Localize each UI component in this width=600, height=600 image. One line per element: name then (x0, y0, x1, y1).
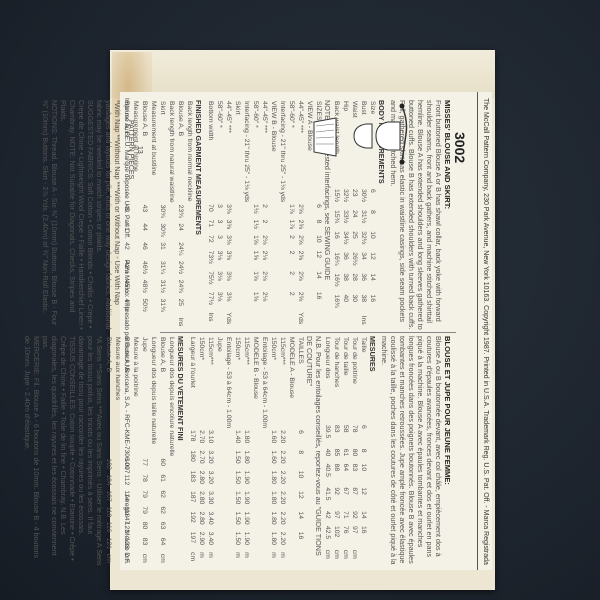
table-row: Blouse A, B23¾2424¼24½24¾25Ins (176, 100, 185, 330)
cell-value: 16½ (332, 272, 341, 293)
cell-value: 2.80 (197, 490, 206, 510)
unit: m (269, 551, 278, 566)
row-label: Taille (359, 336, 368, 424)
french-title: BLOUSE ET JUPE POUR JEUNE FEMME: (443, 336, 452, 566)
cell-value: 2⅝ (296, 219, 305, 234)
unit: cm (332, 549, 341, 566)
unit (359, 549, 368, 566)
row-label: 115cm*** (242, 336, 251, 429)
cell-value: 32½ (341, 188, 350, 209)
cell-value: 42 (323, 510, 332, 525)
table-row: Jupe777879798083cm (140, 336, 149, 566)
cell-value: 58 (341, 424, 350, 448)
unit: cm (104, 553, 113, 566)
cell-value: 10 (314, 234, 323, 249)
cell-value: 72 (206, 234, 215, 249)
envelope-back-label: The McCall Pattern Company, 230 Park Ave… (120, 92, 492, 570)
unit (158, 316, 167, 330)
row-label: 58"-60" * (287, 100, 296, 203)
table-row: Blouse A, B102104107110116121cm (104, 336, 113, 566)
unit (296, 551, 305, 566)
cell-value: 73½ (206, 250, 215, 271)
cell-value: 38 (341, 272, 350, 293)
cell-value: 10 (368, 230, 377, 251)
table-row: Tour de taille586164677176cm (341, 336, 350, 566)
cell-value: 2.20 (278, 449, 287, 469)
cell-value: 71 (341, 510, 350, 525)
cell-value: 6 (314, 203, 323, 218)
table-row: 150cm*1.401.501.501.501.501.50m (233, 336, 242, 566)
mercerie: MERCERIE: Fil. Blouse A - 6 boutons de 1… (23, 336, 41, 566)
row-label: Bottom width (206, 100, 215, 203)
cell-value: 1.80 (269, 531, 278, 551)
cell-value: 187 (188, 490, 197, 510)
cell-value: 1.50 (233, 449, 242, 469)
table-row: TAILLES6810121416 (296, 336, 305, 566)
cell-value: 3⅜ (224, 219, 233, 234)
cell-value: 62 (158, 489, 167, 505)
cell-value: 50½ (140, 298, 149, 317)
cell-value: 3.40 (206, 531, 215, 551)
cell-value: 1.80 (269, 510, 278, 530)
cell-value: 43 (140, 204, 149, 223)
row-label: Tour de hanches (332, 336, 341, 424)
unit (278, 203, 287, 218)
table-row: MODELE A - Blouse (287, 336, 296, 566)
notions: NOTIONS: Thread. Blouse A - Six ⅜" (10mm… (41, 100, 59, 330)
cell-value: 36 (341, 251, 350, 272)
cell-value: 61 (341, 448, 350, 463)
table-row: Longueur dos depuis taille naturelle (149, 336, 158, 566)
cell-value: 31½ (359, 209, 368, 230)
french-nap-note: *A Sens **Sans Sens ***Avec ou Sans Sens… (77, 336, 104, 566)
copyright-line: The McCall Pattern Company, 230 Park Ave… (481, 98, 490, 565)
cell-value: 62 (158, 505, 167, 520)
cell-value: 34½ (341, 230, 350, 251)
table-row: VIEW B - Blouse (269, 100, 278, 330)
cell-value: 38 (359, 293, 368, 314)
unit (251, 311, 260, 330)
cell-value: 2 (287, 250, 296, 271)
cell-value: 77 (140, 457, 149, 473)
cell-value: 40 (323, 448, 332, 463)
unit: cm (341, 549, 350, 566)
cell-value: 197 (188, 531, 197, 551)
unit: m (278, 551, 287, 566)
tissus-conseilles: TISSUS CONSEILLES: Coton souple • Cotonn… (41, 336, 77, 566)
row-label: Blouse A, B (158, 336, 167, 457)
cell-value: 28 (350, 272, 359, 293)
cell-value: 3.20 (206, 449, 215, 469)
row-label: VIEW B - Blouse (269, 100, 278, 203)
cell-value: 1.80 (269, 470, 278, 490)
cell-value: 16¾ (332, 293, 341, 314)
cell-value: 24¾ (176, 279, 185, 298)
cell-value: 1⅝ (251, 291, 260, 312)
cell-value: 14 (296, 510, 305, 530)
unit (341, 315, 350, 330)
row-label: Blouse A, B (104, 336, 113, 457)
cell-value: 83 (350, 463, 359, 487)
divider (477, 92, 478, 570)
unit (113, 457, 122, 473)
cell-value: 25 (176, 298, 185, 317)
table-row: Measurement at bustline (149, 100, 158, 330)
pattern-pieces-count: 13 PATTERN PIECES (126, 120, 144, 179)
cell-value: 76 (341, 525, 350, 549)
cell-value: 78 (140, 473, 149, 489)
cell-value: 79 (140, 489, 149, 505)
cell-value: 2.80 (197, 510, 206, 530)
unit: m (233, 551, 242, 566)
cell-value: 92 (332, 486, 341, 510)
row-label: Entoilage - 53 à 64cm - 1.00m (260, 336, 269, 429)
cell-value: 2.20 (278, 470, 287, 490)
table-row: Tour de poitrine788083879297cm (350, 336, 359, 566)
cell-value: 10 (296, 470, 305, 490)
cell-value: 88 (332, 463, 341, 487)
unit (149, 204, 158, 223)
cell-value: 2 (260, 203, 269, 218)
cell-value: 180 (188, 449, 197, 469)
cell-value: 1.60 (269, 449, 278, 469)
row-label: Mesure aux hanches (113, 336, 122, 457)
table-row: Taille6810121416 (359, 336, 368, 566)
table-row: Blouse A, B606162626364cm (158, 336, 167, 566)
cell-value: 24¼ (176, 241, 185, 260)
mesures-table: Taille6810121416Tour de poitrine78808387… (323, 336, 368, 566)
cell-value: 10 (359, 463, 368, 487)
cell-value: 15½ (332, 188, 341, 209)
row-label: 115cm*** (206, 336, 215, 429)
cell-value: 39.5 (323, 424, 332, 448)
table-row: Back length from natural waistline (167, 100, 176, 330)
cell-value: 1.90 (242, 470, 251, 490)
cell-value: 67 (341, 486, 350, 510)
english-title: MISSES' BLOUSE AND SKIRT: (443, 100, 452, 330)
unit: Yds (296, 311, 305, 330)
table-row: Longueur dos depuis encolure naturelle (167, 336, 176, 566)
table-row: Mesure aux hanches (113, 336, 122, 566)
metrage-table: TAILLES6810121416MODELE A - Blouse115cm*… (188, 336, 305, 566)
unit (140, 316, 149, 330)
cell-value: 30¾ (158, 204, 167, 223)
row-label: Mesure à la poitrine (131, 336, 140, 457)
row-label: Interfacing - 21" thru 25" - 1⅛ yds (278, 100, 287, 203)
cell-value: 30¾ (158, 222, 167, 241)
cell-value: 1.90 (242, 531, 251, 551)
table-row: 115cm***1.801.801.901.901.901.90m (242, 336, 251, 566)
cell-value: 1.60 (269, 429, 278, 449)
cell-value: 2.20 (278, 490, 287, 510)
cell-value: 42.5 (323, 525, 332, 549)
cell-value: 2.20 (278, 429, 287, 449)
table-row: 150cm*2.702.702.802.802.802.90m (197, 336, 206, 566)
cell-value: 48½ (140, 279, 149, 298)
unit (233, 203, 242, 218)
cell-value: 102 (332, 525, 341, 549)
cell-value: 8 (359, 448, 368, 463)
cell-value: 70 (206, 203, 215, 218)
row-label: MODELE B - Blouse (251, 336, 260, 429)
cell-value: 1⅝ (251, 250, 260, 271)
table-row: Entoilage - 53 à 64cm - 1.00m (224, 336, 233, 566)
row-label: 58"-60" * (215, 100, 224, 203)
cell-value: 2 (287, 291, 296, 312)
nap-note: *With Nap **Without Nap ***With or Witho… (95, 100, 122, 330)
cell-value: 46½ (140, 260, 149, 279)
row-label: Entoilage - 53 à 64cm - 1.00m (224, 336, 233, 429)
cell-value: 3.10 (206, 429, 215, 449)
cell-value: 1.50 (233, 490, 242, 510)
unit (368, 315, 377, 330)
cell-value: 12 (296, 490, 305, 510)
cell-value: 64 (341, 463, 350, 487)
cell-value: 16 (314, 291, 323, 312)
cell-value: 8 (314, 219, 323, 234)
cell-value: 61 (158, 473, 167, 489)
row-label: Measurement at bustline (149, 100, 158, 204)
table-row: 58"-60" *1½1½1⅝1⅝1⅝1⅝ (251, 100, 260, 330)
table-row: Interfacing - 21" thru 25" - 1⅛ yds (242, 100, 251, 330)
cell-value: 83 (332, 424, 341, 448)
cell-value: 64 (158, 537, 167, 553)
french-column: BLOUSE ET JUPE POUR JEUNE FEMME: Blouse … (23, 336, 452, 566)
yardage-table: SIZES6810121416VIEW A - Blouse44"-45" **… (206, 100, 323, 330)
cell-value: 1.50 (233, 510, 242, 530)
row-label: TAILLES (296, 336, 305, 429)
cell-value: 16 (296, 531, 305, 551)
cell-value: 2.90 (197, 531, 206, 551)
cell-value: 44 (140, 222, 149, 241)
row-label: Longueur dos (323, 336, 332, 424)
cell-value: 1⅝ (251, 234, 260, 249)
unit (224, 429, 233, 449)
table-row: MODELE B - Blouse (251, 336, 260, 566)
table-row: Tour de hanches8385889297102cm (332, 336, 341, 566)
envelope-flap (110, 50, 495, 98)
cell-value: 3 (215, 203, 224, 218)
vetement-fini-table: Longueur dos depuis encolure naturelleBl… (104, 336, 176, 566)
unit: m (242, 551, 251, 566)
cell-value: 14 (314, 270, 323, 291)
mesures-header: MESURES (368, 336, 377, 566)
unit (314, 311, 323, 330)
cell-value: 2⅛ (260, 270, 269, 291)
table-row: Largeur à l'ourlet178180183187192197cm (188, 336, 197, 566)
cell-value: 2⅝ (296, 291, 305, 312)
cell-value: 71 (206, 219, 215, 234)
table-row: 44"-45" ***3⅜3⅜3⅜3⅜3⅜3⅜Yds (224, 100, 233, 330)
cell-value: 80 (350, 448, 359, 463)
table-row: Entoilage - 53 à 64cm - 1.00m (260, 336, 269, 566)
unit (149, 457, 158, 473)
footer-right: Arreglo 47 · México D.F. (122, 494, 131, 564)
cell-value: 6 (296, 429, 305, 449)
cell-value: 97 (350, 525, 359, 549)
cell-value: 1.90 (242, 510, 251, 530)
unit: cm (323, 549, 332, 566)
cell-value: 121 (104, 537, 113, 553)
cell-value: 1½ (251, 203, 260, 218)
cell-value: 41.5 (323, 486, 332, 510)
cell-value: 14 (359, 510, 368, 525)
cell-value: 6 (368, 188, 377, 209)
table-row: 150cm*1.601.601.801.801.801.80m (269, 336, 278, 566)
cell-value: 2⅛ (260, 250, 269, 271)
row-label: Interfacing - 21" thru 25" - 1⅛ yds (242, 100, 251, 203)
row-label: Skirt (158, 100, 167, 204)
row-label: Tour de taille (341, 336, 350, 424)
table-row: Jupe (215, 336, 224, 566)
table-row: Interfacing - 21" thru 25" - 1⅛ yds (278, 100, 287, 330)
cell-value: 1⅞ (287, 219, 296, 234)
cell-value: 12 (314, 250, 323, 271)
cell-value: 116 (104, 521, 113, 537)
cell-value: 2 (260, 219, 269, 234)
table-row: 44"-45" ***2⅝2⅝2⅝2⅝2⅝2⅝Yds (296, 100, 305, 330)
cell-value: 107 (104, 489, 113, 505)
cell-value: 24 (350, 209, 359, 230)
row-label: MODELE A - Blouse (287, 336, 296, 429)
unit: m (197, 551, 206, 566)
cell-value: 3⅜ (224, 291, 233, 312)
cell-value: 2.70 (197, 429, 206, 449)
unit: Yds (224, 311, 233, 330)
cell-value: 2⅝ (296, 234, 305, 249)
cell-value: 3⅜ (224, 270, 233, 291)
rotated-content: The McCall Pattern Company, 230 Park Ave… (120, 92, 492, 570)
cell-value: 178 (188, 429, 197, 449)
unit (167, 457, 176, 473)
cell-value: 32½ (359, 230, 368, 251)
cell-value: 2⅝ (296, 203, 305, 218)
cell-value: 2⅝ (296, 270, 305, 291)
cell-value: 26½ (350, 251, 359, 272)
unit (260, 311, 269, 330)
cell-value: 16 (359, 525, 368, 549)
cell-value: 31¾ (158, 298, 167, 317)
unit (332, 315, 341, 330)
cell-value: 85 (332, 448, 341, 463)
unit (185, 204, 194, 223)
cell-value: 40.5 (323, 463, 332, 487)
cell-value: 75½ (206, 270, 215, 291)
cell-value: 3⅜ (224, 203, 233, 218)
unit: m (206, 551, 215, 566)
cell-value: 12 (368, 251, 377, 272)
pieces-label-en: PATTERN PIECES (127, 120, 134, 179)
row-label: 44"-45" *** (296, 100, 305, 203)
table-row: Bottom width70717273½75½77½Ins (206, 100, 215, 330)
french-note: N.B. Pour les entoilages conseillés, rep… (305, 336, 323, 566)
cell-value: 3⅛ (215, 250, 224, 271)
table-row: 115cm***3.103.203.203.303.403.40m (206, 336, 215, 566)
cell-value: 16 (332, 230, 341, 251)
table-row: Mesure à la poitrine (131, 336, 140, 566)
cell-value: 2 (287, 270, 296, 291)
row-label: 44"-45" *** (260, 100, 269, 203)
cell-value: 3⅛ (215, 291, 224, 312)
cell-value: 1.40 (233, 429, 242, 449)
unit: Ins (359, 315, 368, 330)
cell-value: 16 (368, 293, 377, 314)
cell-value: 6 (359, 424, 368, 448)
cell-value: 78 (350, 424, 359, 448)
unit (167, 204, 176, 223)
cell-value: 3.40 (206, 510, 215, 530)
row-label: 150cm* (269, 336, 278, 429)
table-row: Longueur dos39.54040.541.54242.5cm (323, 336, 332, 566)
row-label: Longueur dos depuis taille naturelle (149, 336, 158, 457)
cell-value: 1.80 (242, 449, 251, 469)
row-label: Longueur dos depuis encolure naturelle (167, 336, 176, 457)
cell-value: 8 (296, 449, 305, 469)
row-label: 44"-45" *** (224, 100, 233, 203)
cell-value: 1.80 (242, 429, 251, 449)
row-label: 115cm*** (278, 336, 287, 429)
cell-value: 30 (350, 293, 359, 314)
cell-value: 1⅞ (287, 203, 296, 218)
cell-value: 3 (215, 219, 224, 234)
cell-value: 79 (140, 505, 149, 520)
cell-value: 102 (104, 457, 113, 473)
row-label: Back length from natural waistline (167, 100, 176, 204)
unit: cm (350, 549, 359, 566)
cell-value: 2⅛ (260, 291, 269, 312)
cell-value: 8 (368, 209, 377, 230)
column-divider (160, 332, 456, 333)
cell-value: 77½ (206, 291, 215, 312)
cell-value: 2.80 (197, 470, 206, 490)
unit (242, 203, 251, 218)
cell-value: 14 (368, 272, 377, 293)
unit (215, 311, 224, 330)
cell-value: 3⅜ (224, 234, 233, 249)
cell-value: 83 (140, 537, 149, 553)
cell-value: 87 (350, 486, 359, 510)
footer-middle: Para México: Impresado por Butrick Mexic… (122, 260, 131, 474)
unit (251, 429, 260, 449)
unit: cm (140, 553, 149, 566)
row-label: Jupe (215, 336, 224, 429)
cell-value: 3⅛ (215, 270, 224, 291)
cell-value: 15¾ (332, 209, 341, 230)
unit (269, 203, 278, 218)
row-label: Skirt (233, 100, 242, 203)
unit: cm (188, 551, 197, 566)
cell-value: 110 (104, 505, 113, 520)
cell-value: 92 (350, 510, 359, 525)
cell-value: 31¼ (158, 260, 167, 279)
cell-value: 1⅝ (251, 270, 260, 291)
cell-value: 97 (332, 510, 341, 525)
cell-value: 104 (104, 473, 113, 489)
cell-value: 46 (140, 241, 149, 260)
garment-sketches-icon (310, 100, 430, 170)
cell-value: 31½ (158, 279, 167, 298)
row-label: Tour de poitrine (350, 336, 359, 424)
unit: Ins (206, 311, 215, 330)
row-label: Back length from normal neckline (185, 100, 194, 204)
cell-value: 1.50 (233, 531, 242, 551)
cell-value: 25 (350, 230, 359, 251)
cell-value: 3 (215, 234, 224, 249)
row-label: 150cm* (197, 336, 206, 429)
unit (260, 429, 269, 449)
cell-value: 80 (140, 521, 149, 537)
unit: cm (158, 553, 167, 566)
